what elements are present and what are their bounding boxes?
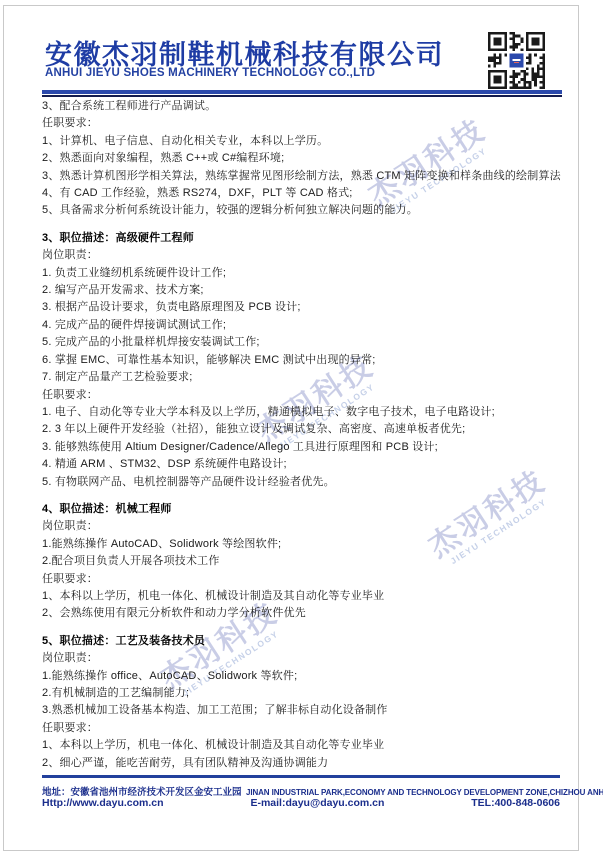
address-en: JINAN INDUSTRIAL PARK,ECONOMY AND TECHNO… [246,788,603,797]
body-line: 4. 完成产品的硬件焊接调试测试工作; [42,317,567,334]
paragraph-gap [42,623,567,633]
body-line: 任职要求： [42,571,567,588]
footer-divider [42,775,560,778]
body-line: 2. 3 年以上硬件开发经验（社招），能独立设计及调试复杂、高密度、高速单板者优… [42,421,567,438]
header-divider-thin [42,95,562,97]
body-line: 3、熟悉计算机图形学相关算法，熟练掌握常见图形绘制方法，熟悉 CTM 矩阵变换和… [42,168,567,185]
section-heading: 3、职位描述：高级硬件工程师 [42,230,567,247]
body-line: 3.熟悉机械加工设备基本构造、加工工范围；了解非标自动化设备制作 [42,702,567,719]
header-divider-thick [42,90,562,94]
body-line: 5、具备需求分析何系统设计能力，较强的逻辑分析何独立解决问题的能力。 [42,202,567,219]
body-line: 7. 制定产品量产工艺检验要求; [42,369,567,386]
body-line: 1. 电子、自动化等专业大学本科及以上学历，精通模拟电子、数字电子技术，电子电路… [42,404,567,421]
body-line: 1、计算机、电子信息、自动化相关专业，本科以上学历。 [42,133,567,150]
paragraph-gap [42,220,567,230]
body-line: 2、会熟练使用有限元分析软件和动力学分析软件优先 [42,605,567,622]
body-line: 任职要求： [42,720,567,737]
qr-code-image [488,32,545,89]
body-line: 3、配合系统工程师进行产品调试。 [42,98,567,115]
body-line: 1、本科以上学历，机电一体化、机械设计制造及其自动化等专业毕业 [42,588,567,605]
body-line: 3. 能够熟练使用 Altium Designer/Cadence/Allego… [42,439,567,456]
body-line: 1.能熟练操作 AutoCAD、Solidwork 等绘图软件; [42,536,567,553]
body-line: 岗位职责： [42,650,567,667]
telephone-number: TEL:400-848-0606 [471,797,560,809]
body-line: 2.配合项目负责人开展各项技术工作 [42,553,567,570]
body-line: 岗位职责： [42,247,567,264]
body-line: 任职要求： [42,115,567,132]
body-line: 4、有 CAD 工作经验，熟悉 RS274，DXF，PLT 等 CAD 格式; [42,185,567,202]
body-line: 2. 编写产品开发需求、技术方案; [42,282,567,299]
body-line: 1、本科以上学历，机电一体化、机械设计制造及其自动化等专业毕业 [42,737,567,754]
paragraph-gap [42,491,567,501]
body-line: 1.能熟练操作 office、AutoCAD、Solidwork 等软件; [42,668,567,685]
body-line: 4. 精通 ARM 、STM32、DSP 系统硬件电路设计; [42,456,567,473]
job-description-body: 3、配合系统工程师进行产品调试。任职要求：1、计算机、电子信息、自动化相关专业，… [42,98,567,772]
qr-code [488,32,545,89]
email-address: E-mail:dayu@dayu.com.cn [250,797,384,809]
website-url: Http://www.dayu.com.cn [42,797,164,809]
body-line: 岗位职责： [42,518,567,535]
document-page: 杰羽科技 JIEYU TECHNOLOGY 杰羽科技 JIEYU TECHNOL… [0,0,603,854]
body-line: 2.有机械制造的工艺编制能力; [42,685,567,702]
company-name-en: ANHUI JIEYU SHOES MACHINERY TECHNOLOGY C… [45,67,375,79]
body-line: 5. 有物联网产品、电机控制器等产品硬件设计经验者优先。 [42,474,567,491]
body-line: 2、熟悉面向对象编程，熟悉 C++或 C#编程环境; [42,150,567,167]
footer-contact-row: Http://www.dayu.com.cn E-mail:dayu@dayu.… [42,797,560,809]
body-line: 1. 负责工业缝纫机系统硬件设计工作; [42,265,567,282]
body-line: 2、细心严谨，能吃苦耐劳，具有团队精神及沟通协调能力 [42,755,567,772]
body-line: 5. 完成产品的小批量样机焊接安装调试工作; [42,334,567,351]
body-line: 3. 根据产品设计要求，负责电路原理图及 PCB 设计; [42,299,567,316]
body-line: 任职要求： [42,387,567,404]
section-heading: 4、职位描述：机械工程师 [42,501,567,518]
section-heading: 5、职位描述：工艺及装备技术员 [42,633,567,650]
body-line: 6. 掌握 EMC、可靠性基本知识，能够解决 EMC 测试中出现的异常; [42,352,567,369]
